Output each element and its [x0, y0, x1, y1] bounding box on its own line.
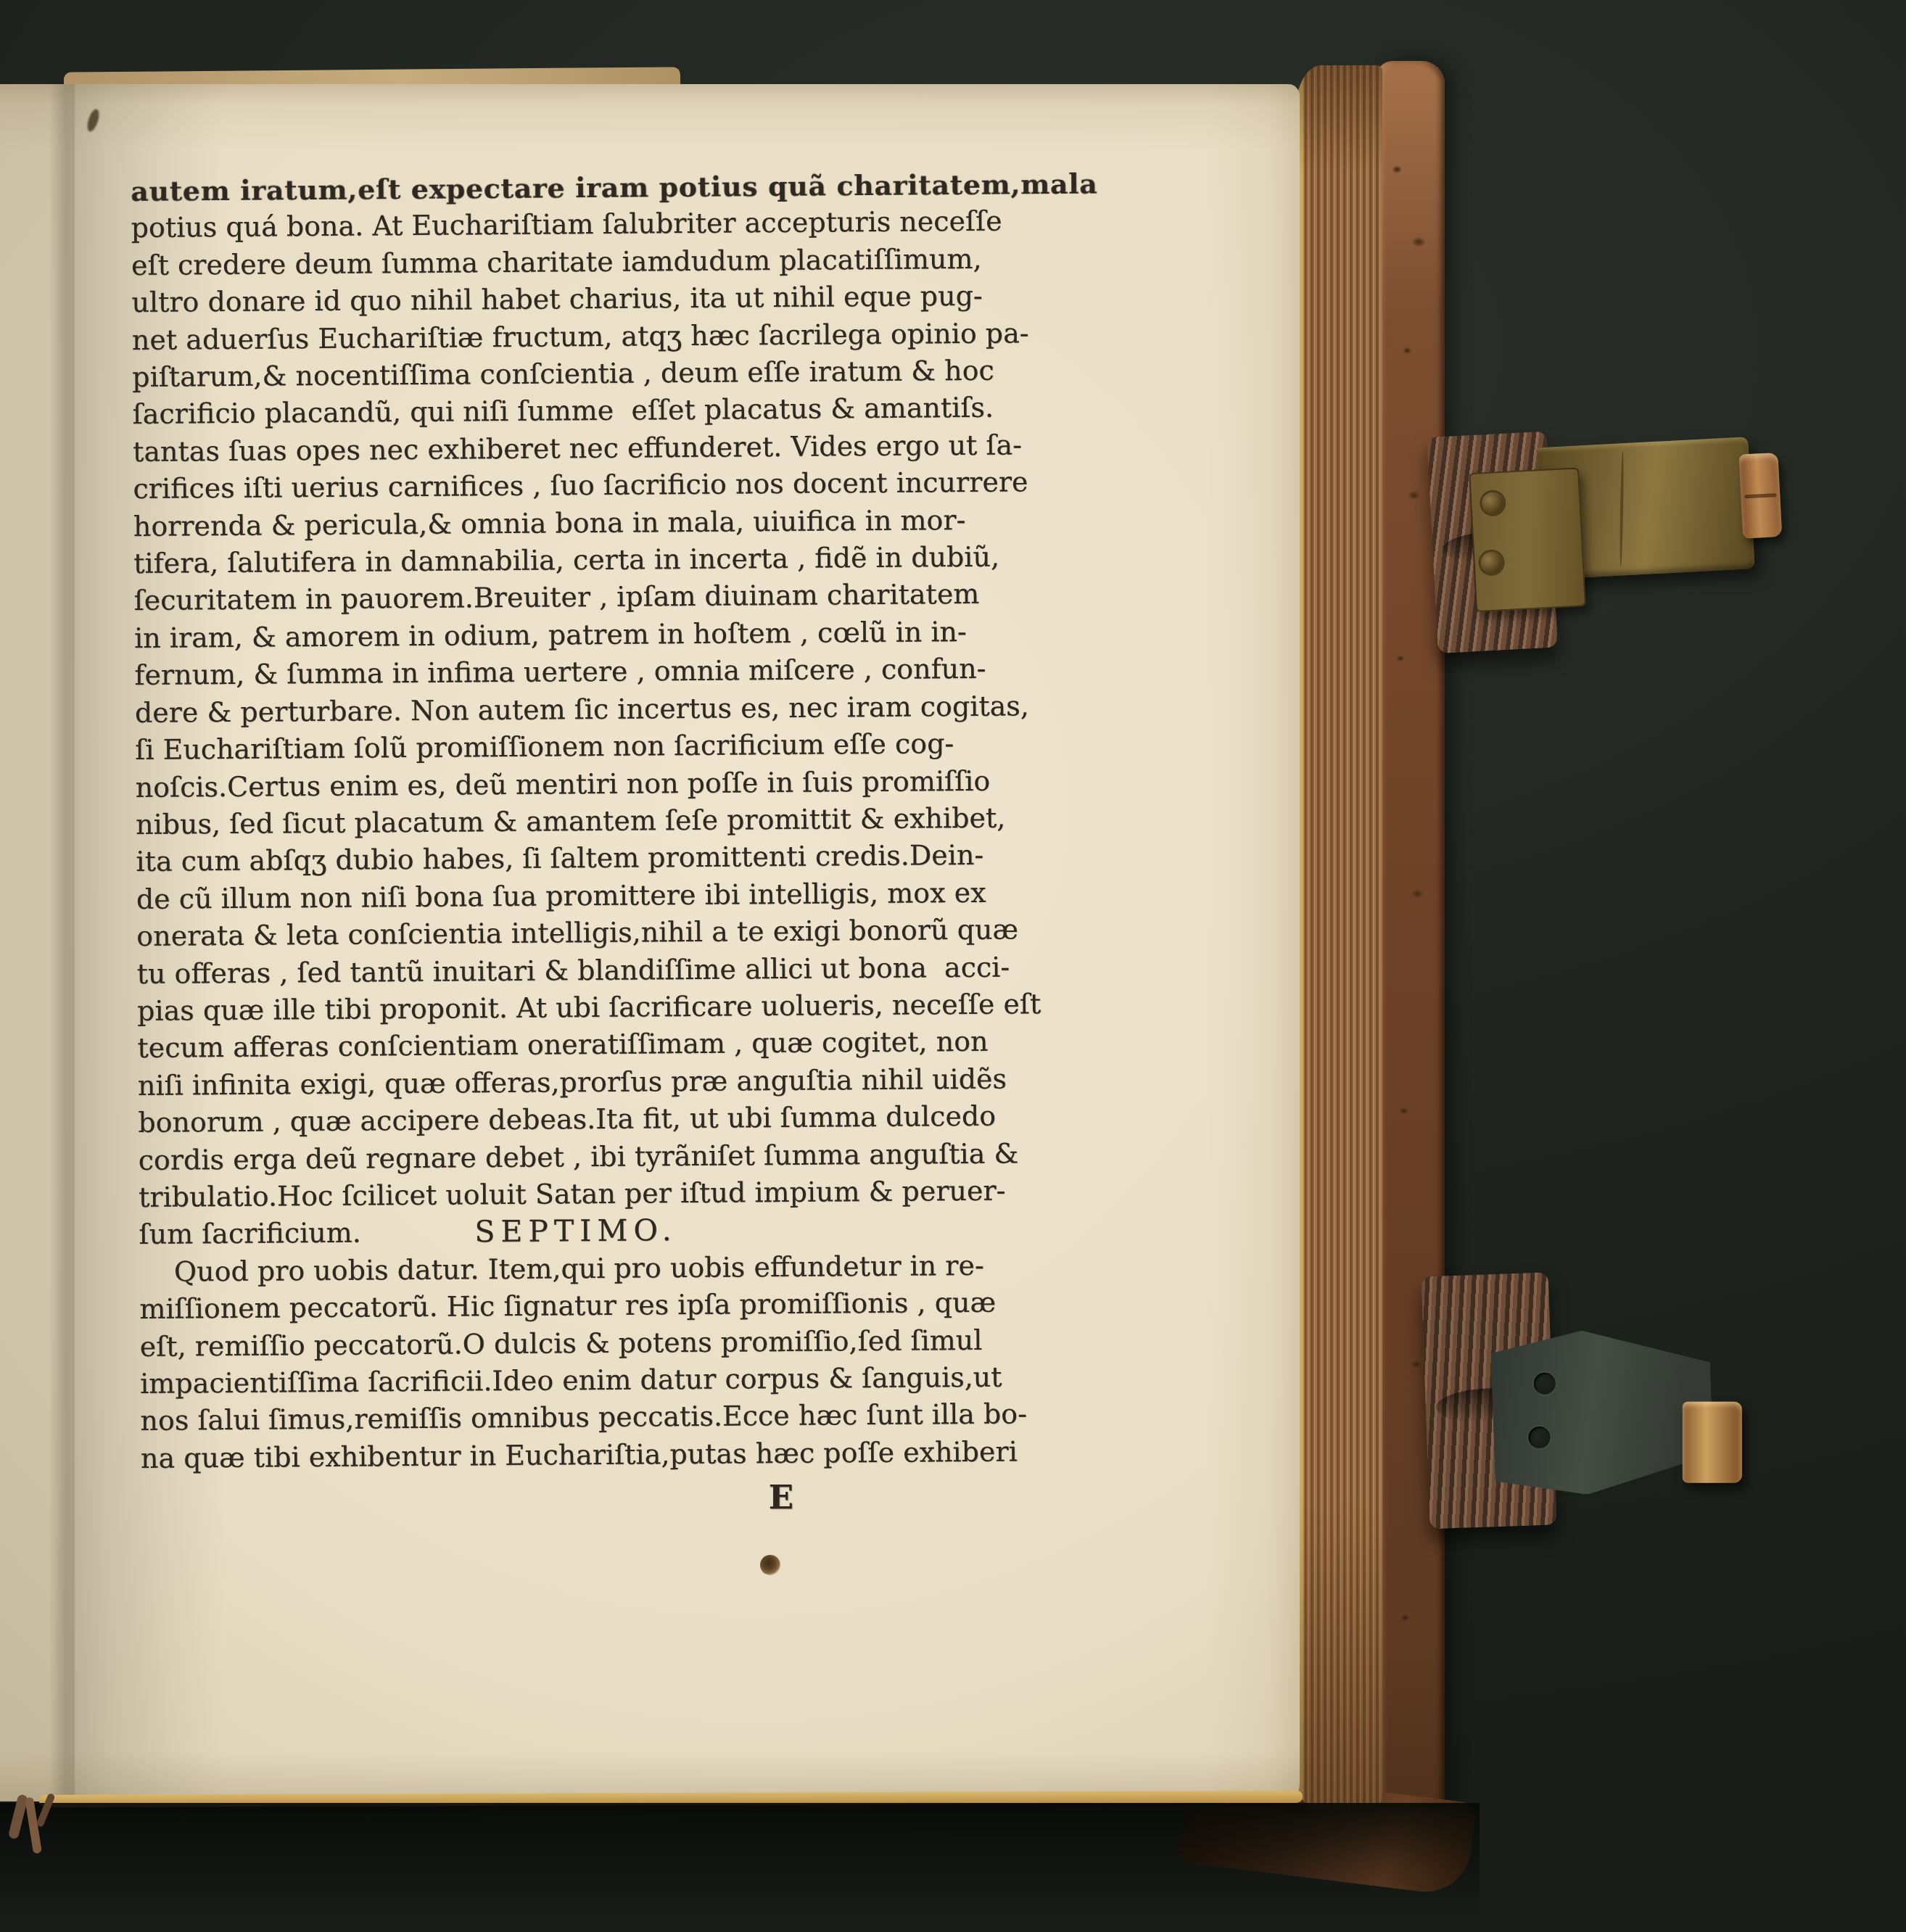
text-line: ultro donare id quo nihil habet charius,…	[131, 278, 947, 321]
text-line: impacientiſſima ſacrificii.Ideo enim dat…	[140, 1359, 956, 1403]
text-line: niſi infinita exigi, quæ offeras,prorſus…	[138, 1061, 954, 1105]
text-line: in iram, & amorem in odium, patrem in ho…	[134, 614, 950, 657]
text-line: ita cum abſqʒ dubio habes, ſi ſaltem pro…	[136, 837, 952, 880]
text-line: bonorum , quæ accipere debeas.Ita fit, u…	[138, 1098, 954, 1142]
text-block: autem iratum,eſt expectare iram potius q…	[131, 166, 957, 1477]
wormhole-speck	[760, 1555, 780, 1575]
text-line: piſtarum,& nocentiſſima conſcientia , de…	[132, 352, 948, 396]
text-line: potius quá bona. At Euchariſtiam ſalubri…	[131, 204, 946, 247]
text-line: na quæ tibi exhibentur in Euchariſtia,pu…	[141, 1434, 957, 1477]
text-line: cordis erga deũ regnare debet , ibi tyrã…	[138, 1136, 954, 1179]
text-line: horrenda & pericula,& omnia bona in mala…	[133, 502, 949, 545]
text-line: tifera, ſalutifera in damnabilia, certa …	[133, 539, 949, 582]
lower-clasp-brass-tip	[1683, 1402, 1742, 1483]
text-line: Quod pro uobis datur. Item,qui pro uobis…	[139, 1247, 955, 1291]
text-line: tribulatio.Hoc ſcilicet uoluit Satan per…	[139, 1173, 954, 1216]
book-page: autem iratum,eſt expectare iram potius q…	[0, 84, 1300, 1801]
section-heading: SEPTIMO.	[284, 1210, 867, 1252]
upper-clasp-hook	[1738, 453, 1782, 539]
text-line: ſecuritatem in pauorem.Breuiter , ipſam …	[133, 577, 949, 620]
text-line: ſi Euchariſtiam ſolũ promiſſionem non ſa…	[135, 725, 951, 769]
text-line: onerata & leta conſcientia intelligis,ni…	[136, 912, 952, 955]
upper-clasp-buckle-plate	[1469, 467, 1586, 612]
text-line: nibus, ſed ſicut placatum & amantem ſeſe…	[136, 800, 952, 843]
text-line: fernum, & ſumma in infima uertere , omni…	[134, 651, 950, 694]
fore-edge-page-block	[1295, 65, 1382, 1809]
text-line: ſacrificio placandũ, qui niſi ſumme eſſe…	[132, 390, 948, 434]
photo-scene: autem iratum,eſt expectare iram potius q…	[0, 0, 1906, 1932]
lower-clasp-metal-plate	[1490, 1326, 1715, 1498]
text-line: dere & perturbare. Non autem ſic incertu…	[135, 688, 951, 732]
leather-cover-edge	[1377, 61, 1445, 1871]
text-line: autem iratum,eſt expectare iram potius q…	[131, 166, 946, 210]
signature-mark: E	[748, 1478, 814, 1516]
ink-speck	[85, 108, 101, 133]
text-line: pias quæ ille tibi proponit. At ubi ſacr…	[137, 986, 953, 1030]
text-line: net aduerſus Euchariſtiæ fructum, atqʒ h…	[132, 315, 948, 359]
text-line: tu offeras , ſed tantũ inuitari & blandi…	[136, 949, 952, 993]
frayed-binding-thread	[4, 1790, 70, 1865]
text-line: noſcis.Certus enim es, deũ mentiri non p…	[135, 763, 951, 806]
text-line: tecum afferas conſcientiam oneratiſſimam…	[137, 1023, 953, 1067]
upper-clasp	[1426, 402, 1801, 672]
text-line: nos ſalui ſimus,remiſſis omnibus peccati…	[140, 1397, 956, 1440]
lower-clasp	[1422, 1265, 1779, 1549]
text-line: tantas ſuas opes nec exhiberet nec effun…	[133, 427, 949, 471]
text-line: eſt, remiſſio peccatorũ.O dulcis & poten…	[140, 1322, 956, 1366]
section-heading-line: ſum ſacrificium.SEPTIMO.	[139, 1210, 954, 1253]
text-line: miſſionem peccatorũ. Hic ſignatur res ip…	[139, 1284, 955, 1328]
text-line: de cũ illum non niſi bona ſua promittere…	[136, 875, 952, 918]
text-line: eſt credere deum ſumma charitate iamdudu…	[131, 241, 947, 284]
text-line: crifices iſti uerius carnifices , ſuo ſa…	[133, 464, 949, 508]
